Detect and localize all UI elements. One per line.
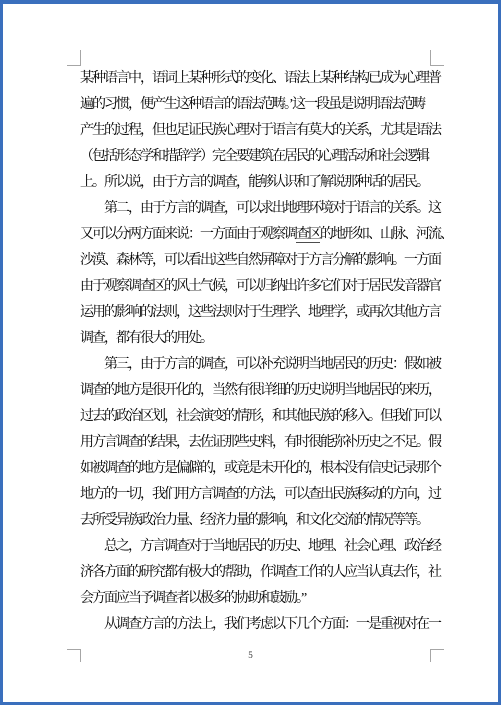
text-line: 第二，由于方言的调查，可以求出地理环境对于语言的关系。这 xyxy=(80,196,436,222)
text-line: （包括形态学和措辞学）完全要建筑在居民的心理活动和社会逻辑 xyxy=(80,144,436,170)
text-line: 运用的影响的法则，这些法则对于生理学、地理学，或再次其他方言 xyxy=(80,300,436,326)
document-text: 某种语言中，语词上某种形式的变化、语法上某种结构已成为心理普 遍的习惯，便产生这… xyxy=(80,66,436,638)
document-page[interactable]: 某种语言中，语词上某种形式的变化、语法上某种结构已成为心理普 遍的习惯，便产生这… xyxy=(3,4,498,702)
text-line: 由于观察调查区的风土气候，可以归纳出许多它们对于居民发音器官 xyxy=(80,274,436,300)
text-segment: 又可以分两方面来说：一方面由于观察调 xyxy=(80,227,296,242)
text-line: 济各方面的研究都有极大的帮助，作调查工作的人应当认真去作，社 xyxy=(80,560,436,586)
text-line: 总之，方言调查对于当地居民的历史、地理、社会心理、政治经 xyxy=(80,534,436,560)
text-line: 从调查方言的方法上，我们考虑以下几个方面：一是重视对在一 xyxy=(80,612,436,638)
margin-corner-mark-top-left xyxy=(67,50,81,66)
text-line: 沙漠、森林等，可以看出这些自然屏障对于方言分解的影响。一方面 xyxy=(80,248,436,274)
text-line: 产生的过程，但也足证民族心理对于语言有莫大的关系，尤其是语法 xyxy=(80,118,436,144)
text-segment: 的地形如、山脉、河流、 xyxy=(320,227,452,242)
text-line: 第三，由于方言的调查，可以补充说明当地居民的历史：假如被 xyxy=(80,352,436,378)
text-line: 会方面应当予调查者以极多的协助和鼓励。” xyxy=(80,586,436,612)
text-line: 遍的习惯，便产生这种语言的语法范畴。’ 这一段虽是说明语法范畴 xyxy=(80,92,436,118)
page-number: 5 xyxy=(3,649,498,661)
spell-check-underline: 查区 xyxy=(296,227,320,243)
text-line: 上。所以说，由于方言的调查，能够认识和了解说那种话的居民。 xyxy=(80,170,436,196)
text-line: 某种语言中，语词上某种形式的变化、语法上某种结构已成为心理普 xyxy=(80,66,436,92)
text-line: 又可以分两方面来说：一方面由于观察调查区的地形如、山脉、河流、 xyxy=(80,222,436,248)
text-line: 如被调查的地方是偏僻的，或竟是未开化的，根本没有信史记录那个 xyxy=(80,456,436,482)
margin-corner-mark-top-right xyxy=(430,50,444,66)
text-line: 地方的一切，我们用方言调查的方法，可以查出民族移动的方向，过 xyxy=(80,482,436,508)
text-line: 调查的地方是很开化的，当然有很详细的历史说明当地居民的来历， xyxy=(80,378,436,404)
text-line: 过去的政治区划，社会演变的情形，和其他民族的移入。但我们可以 xyxy=(80,404,436,430)
text-line: 调查，都有很大的用处。 xyxy=(80,326,436,352)
text-line: 去所受异族政治力量、经济力量的影响，和文化交流的情况等等。 xyxy=(80,508,436,534)
text-line: 用方言调查的结果，去佐证那些史料，有时很能弥补历史之不足。假 xyxy=(80,430,436,456)
document-window: 某种语言中，语词上某种形式的变化、语法上某种结构已成为心理普 遍的习惯，便产生这… xyxy=(0,0,501,705)
